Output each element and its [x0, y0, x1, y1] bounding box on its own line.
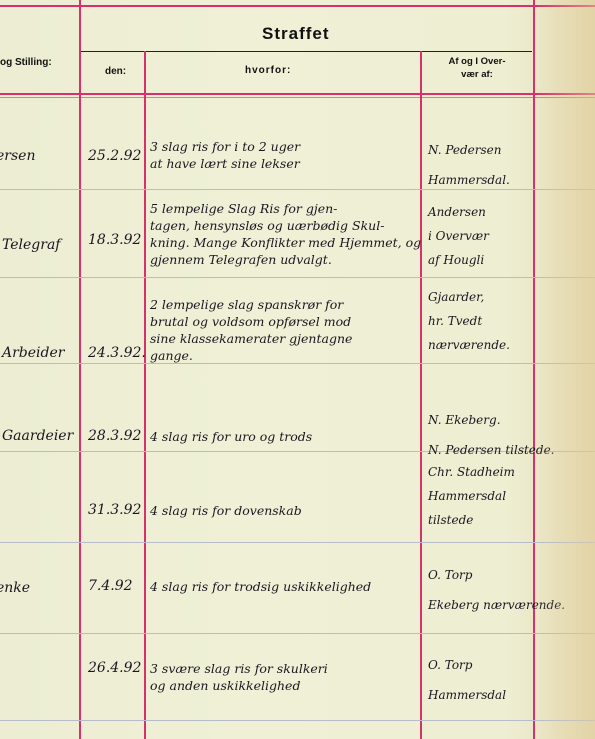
entry-witness-line: Hammersdal [428, 484, 515, 508]
ledger-page: Straffet og Stilling: den: hvorfor: Af o… [0, 0, 595, 739]
entry-witness-line: Chr. Stadheim [428, 460, 515, 484]
entry-name: Arbeider [2, 345, 64, 361]
header-bottom-rule [0, 93, 595, 95]
entry-reason-line: 3 svære slag ris for skulkeri [150, 660, 328, 677]
col-divider-reason [420, 51, 422, 739]
entry-date: 24.3.92. [88, 345, 146, 361]
entry-date: 26.4.92 [88, 660, 141, 676]
column-header-name: og Stilling: [0, 57, 52, 68]
entry-witness-line: af Hougli [428, 248, 489, 272]
entry-reason-line: 5 lempelige Slag Ris for gjen- [150, 200, 421, 217]
entry-witness: N. Ekeberg.N. Pedersen tilstede. [428, 405, 555, 465]
col-divider-date [144, 51, 146, 739]
entry-witness: Anderseni Overværaf Hougli [428, 200, 489, 272]
row-rule [0, 542, 595, 543]
entry-reason: 2 lempelige slag spanskrør forbrutal og … [150, 296, 352, 364]
row-rule [0, 720, 595, 721]
entry-reason: 3 svære slag ris for skulkeriog anden us… [150, 660, 328, 694]
entry-reason-line: 4 slag ris for trodsig uskikkelighed [150, 578, 371, 595]
entry-witness-line: Hammersdal [428, 680, 506, 710]
entry-witness-line: Hammersdal. [428, 165, 510, 195]
entry-reason-line: gjennem Telegrafen udvalgt. [150, 251, 421, 268]
entry-reason-line: 4 slag ris for uro og trods [150, 428, 312, 445]
entry-witness: Gjaarder,hr. Tvedtnærværende. [428, 285, 510, 357]
entry-witness: Chr. StadheimHammersdaltilstede [428, 460, 515, 532]
entry-reason: 3 slag ris for i to 2 ugerat have lært s… [150, 138, 300, 172]
column-header-reason: hvorfor: [245, 65, 291, 76]
entry-reason-line: gange. [150, 347, 352, 364]
entry-reason-line: 4 slag ris for dovenskab [150, 502, 302, 519]
column-header-date: den: [105, 66, 126, 77]
column-header-witness: Af og I Over- vær af: [432, 55, 522, 81]
entry-reason: 4 slag ris for trodsig uskikkelighed [150, 578, 371, 595]
entry-reason-line: kning. Mange Konflikter med Hjemmet, og [150, 234, 421, 251]
col-divider-name [79, 0, 81, 739]
column-header-witness-line1: Af og I Over- [432, 55, 522, 68]
entry-witness-line: O. Torp [428, 650, 506, 680]
row-rule [0, 277, 595, 278]
entry-reason-line: brutal og voldsom opførsel mod [150, 313, 352, 330]
entry-date: 25.2.92 [88, 148, 141, 164]
straffet-underline [80, 51, 532, 52]
entry-date: 7.4.92 [88, 578, 133, 594]
entry-reason: 4 slag ris for uro og trods [150, 428, 312, 445]
entry-reason-line: 3 slag ris for i to 2 uger [150, 138, 300, 155]
entry-reason-line: og anden uskikkelighed [150, 677, 328, 694]
entry-witness-line: N. Ekeberg. [428, 405, 555, 435]
top-rule [0, 5, 595, 7]
section-title: Straffet [262, 24, 330, 44]
col-divider-witness [533, 0, 535, 739]
entry-name: enke [0, 580, 30, 596]
entry-witness: O. TorpHammersdal [428, 650, 506, 710]
entry-witness-line: O. Torp [428, 560, 565, 590]
entry-witness-line: Ekeberg nærværende. [428, 590, 565, 620]
entry-reason-line: tagen, hensynsløs og uærbødig Skul- [150, 217, 421, 234]
entry-witness-line: N. Pedersen [428, 135, 510, 165]
entry-reason-line: sine klassekamerater gjentagne [150, 330, 352, 347]
entry-date: 28.3.92 [88, 428, 141, 444]
entry-name: Telegraf [2, 237, 60, 253]
entry-reason-line: at have lært sine lekser [150, 155, 300, 172]
header-bottom-rule-2 [0, 97, 595, 98]
entry-witness: O. TorpEkeberg nærværende. [428, 560, 565, 620]
entry-witness-line: i Overvær [428, 224, 489, 248]
entry-witness-line: Andersen [428, 200, 489, 224]
entry-name: ersen [0, 148, 35, 164]
entry-name: Gaardeier [2, 428, 73, 444]
entry-reason-line: 2 lempelige slag spanskrør for [150, 296, 352, 313]
entry-witness-line: tilstede [428, 508, 515, 532]
entry-witness-line: nærværende. [428, 333, 510, 357]
column-header-witness-line2: vær af: [432, 68, 522, 81]
entry-witness: N. PedersenHammersdal. [428, 135, 510, 195]
row-rule [0, 633, 595, 634]
entry-witness-line: hr. Tvedt [428, 309, 510, 333]
entry-date: 31.3.92 [88, 502, 141, 518]
entry-date: 18.3.92 [88, 232, 141, 248]
entry-witness-line: Gjaarder, [428, 285, 510, 309]
entry-reason: 4 slag ris for dovenskab [150, 502, 302, 519]
entry-reason: 5 lempelige Slag Ris for gjen-tagen, hen… [150, 200, 421, 268]
